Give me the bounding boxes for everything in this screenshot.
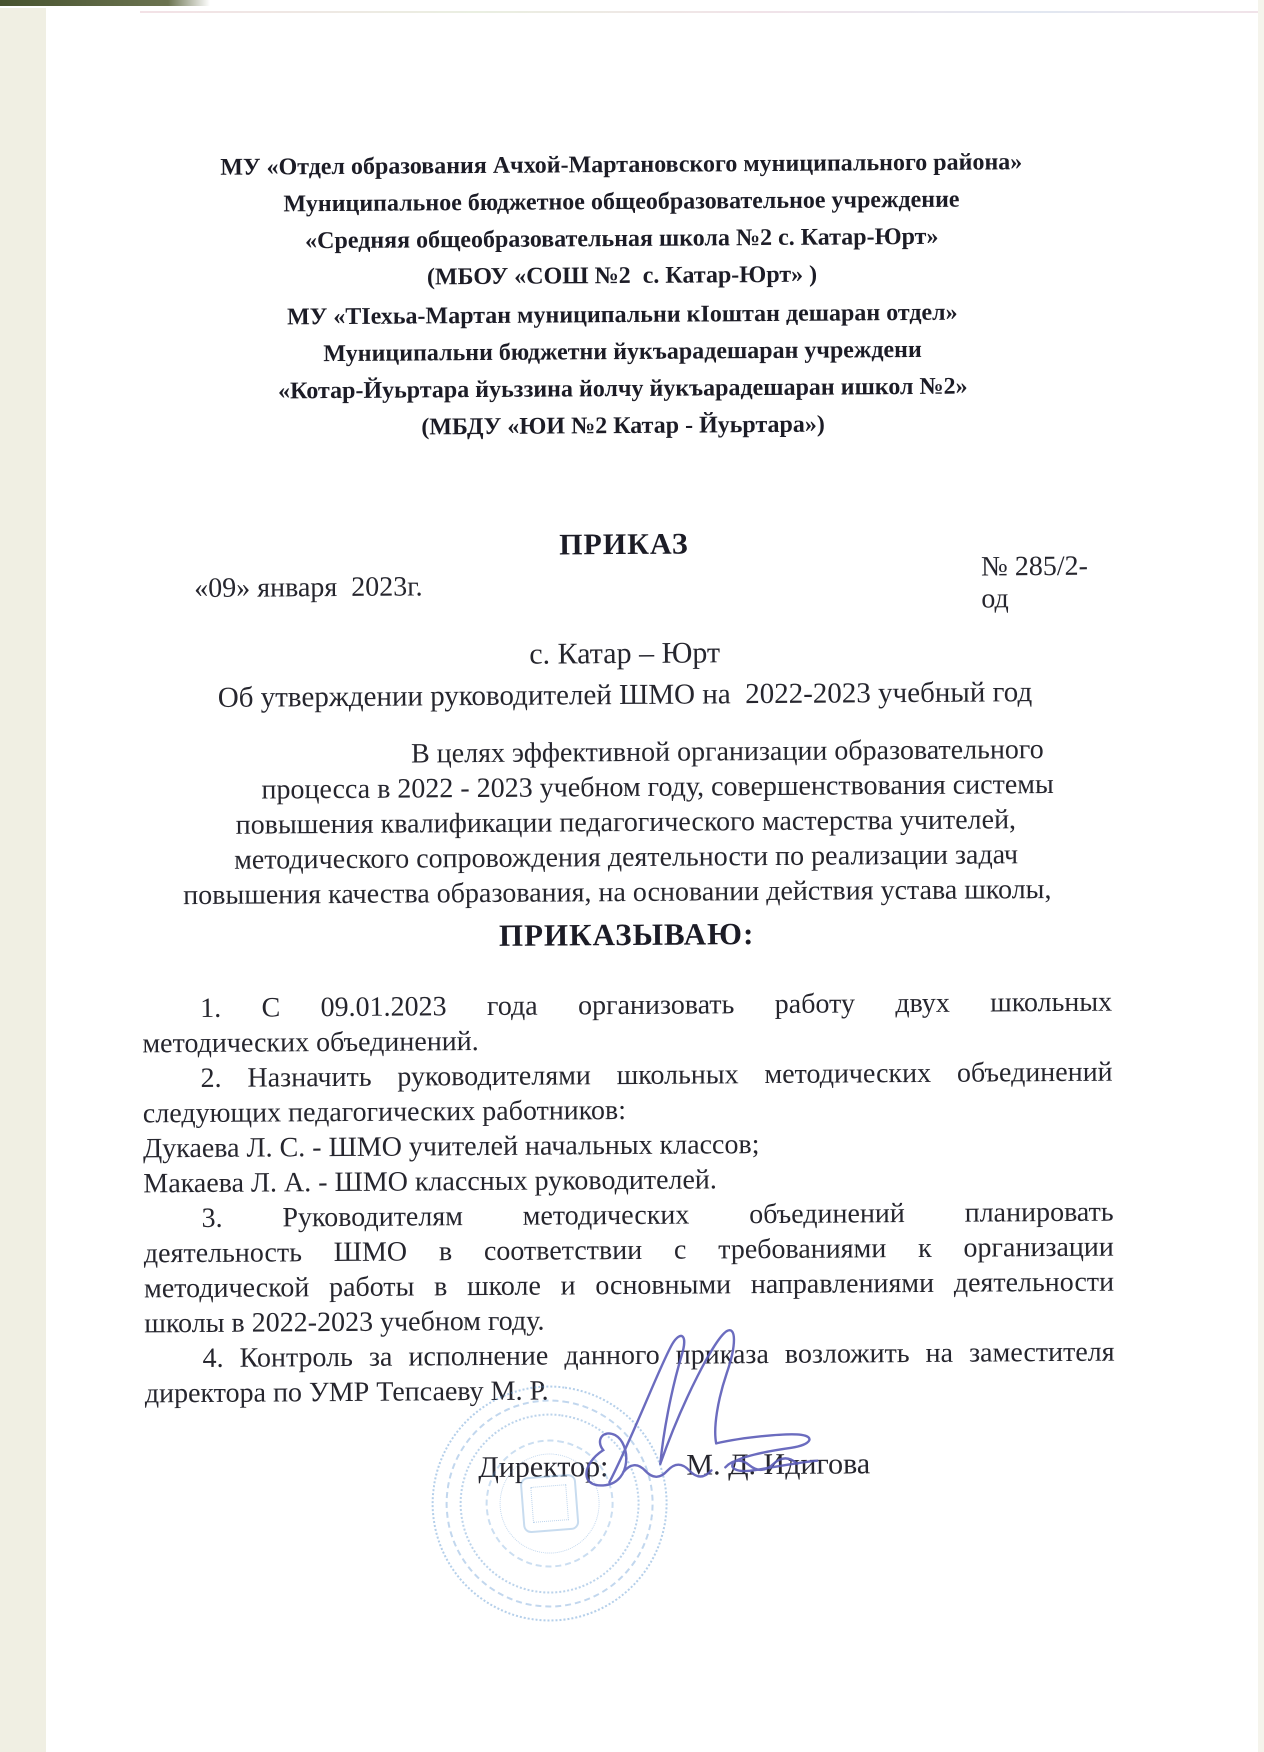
order-place: с. Катар – Юрт	[140, 634, 1110, 675]
order-number: № 285/2- од	[981, 551, 1109, 616]
org-header-line: «Котар-Йуьртара йуьззина йолчу йукъараде…	[138, 368, 1108, 412]
preamble-line: процесса в 2022 - 2023 учебном году, сов…	[172, 766, 1142, 808]
org-header-line: (МБДУ «ЮИ №2 Катар - Йуьртара»)	[138, 405, 1108, 449]
order-item-line: 2. Назначить руководителями школьных мет…	[143, 1055, 1113, 1097]
document-content: МУ «Отдел образования Ачхой-Мартановског…	[135, 0, 1117, 1752]
preamble-line: повышения качества образования, на основ…	[132, 872, 1102, 914]
org-header-chechen: МУ «ТIехьа-Мартан муниципальни кIоштан д…	[137, 294, 1108, 449]
order-item-line: методической работы в школе и основными …	[144, 1265, 1114, 1307]
document-title: ПРИКАЗ	[139, 525, 1109, 566]
resolve-word: ПРИКАЗЫВАЮ:	[142, 914, 1112, 957]
scanned-order-document: МУ «Отдел образования Ачхой-Мартановског…	[0, 0, 1264, 1752]
order-date: «09» января 2023г.	[194, 571, 423, 605]
org-header-line: МУ «Отдел образования Ачхой-Мартановског…	[136, 144, 1106, 188]
order-subject: Об утверждении руководителей ШМО на 2022…	[140, 676, 1110, 716]
org-header-russian: МУ «Отдел образования Ачхой-Мартановског…	[136, 144, 1107, 299]
scan-right-edge	[1258, 0, 1264, 1752]
handwritten-signature	[564, 1320, 845, 1512]
org-header-line: (МБОУ «СОШ №2 с. Катар-Юрт» )	[137, 255, 1107, 299]
order-item-line: 1. С 09.01.2023 года организовать работу…	[142, 985, 1112, 1027]
scan-left-edge	[0, 8, 46, 1752]
order-preamble: В целях эффективной организации образова…	[140, 732, 1111, 914]
